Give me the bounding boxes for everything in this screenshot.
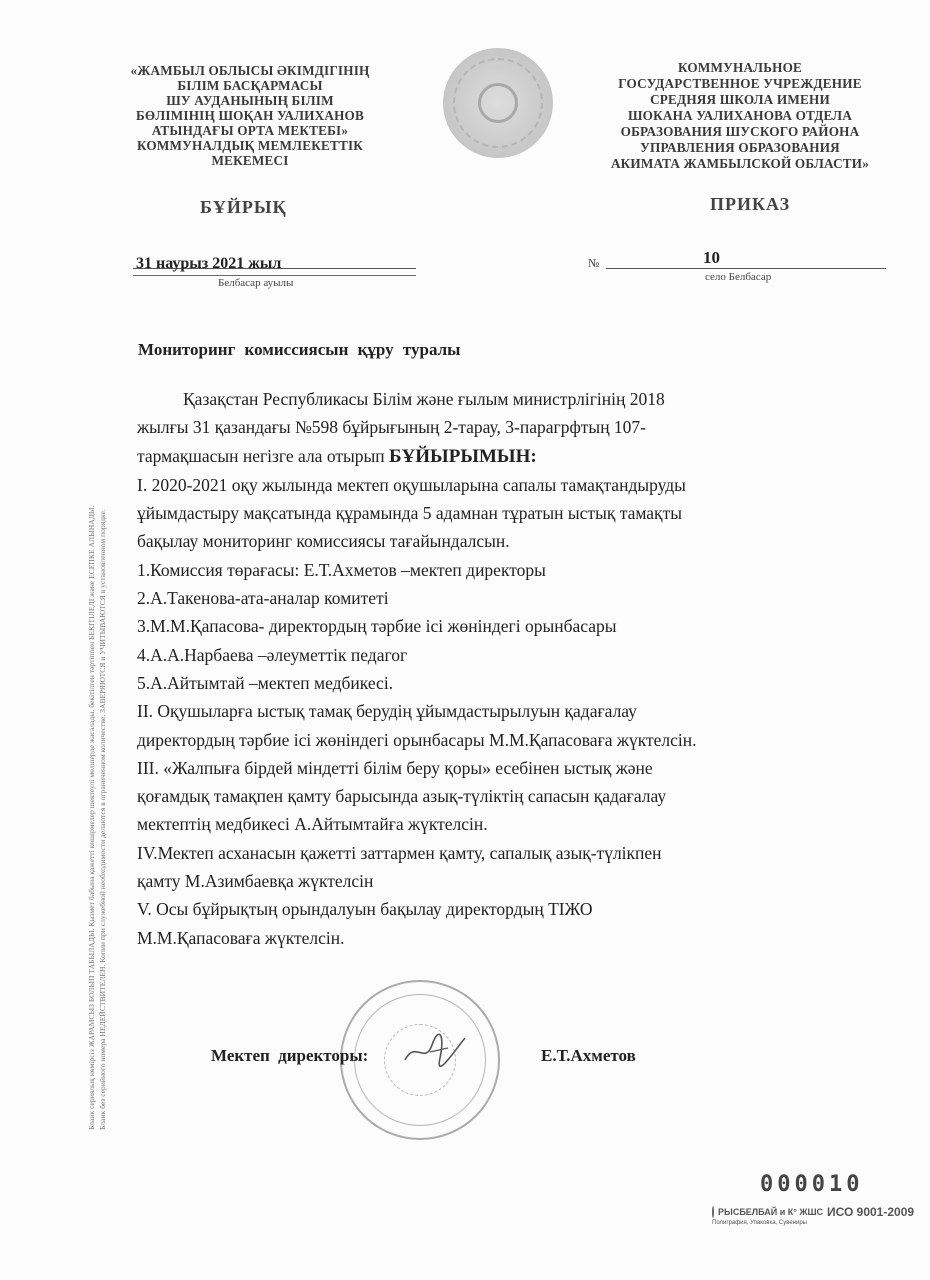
- printer-logo-icon: [712, 1206, 714, 1218]
- signatory-title: Мектеп директоры:: [211, 1046, 368, 1066]
- village-kk: Белбасар ауылы: [218, 277, 293, 289]
- side-security-note: Бланк сериялық нөмірсіз ЖАРАМСЫЗ БОЛЫП Т…: [86, 506, 108, 1130]
- village-ru: село Белбасар: [705, 271, 771, 283]
- document-page: Бланк сериялық нөмірсіз ЖАРАМСЫЗ БОЛЫП Т…: [0, 0, 930, 1280]
- intro-line: жылғы 31 қазандағы №598 бұйрығының 2-тар…: [137, 413, 842, 441]
- signatory-name: Е.Т.Ахметов: [541, 1046, 636, 1066]
- handwritten-signature-icon: [400, 1030, 470, 1070]
- section-3-line: III. «Жалпыға бірдей міндетті білім беру…: [137, 754, 842, 782]
- order-body: Қазақстан Республикасы Білім және ғылым …: [137, 385, 842, 952]
- side-note-line-kk: Бланк сериялық нөмірсіз ЖАРАМСЫЗ БОЛЫП Т…: [86, 506, 97, 1130]
- header-line: АКИМАТА ЖАМБЫЛСКОЙ ОБЛАСТИ»: [590, 156, 890, 172]
- order-number-field: № 10: [588, 250, 886, 270]
- printer-subtitle: Полиграфия, Упаковка, Сувениры: [712, 1220, 912, 1226]
- section-1-line: бақылау мониторинг комиссиясы тағайындал…: [137, 527, 842, 555]
- intro-line: тармақшасын негізге ала отырып: [137, 446, 389, 466]
- member-item: 1.Комиссия төрағасы: Е.Т.Ахметов –мектеп…: [137, 556, 842, 584]
- header-line: БІЛІМ БАСҚАРМАСЫ: [105, 78, 395, 93]
- header-line: ШОКАНА УАЛИХАНОВА ОТДЕЛА: [590, 108, 890, 124]
- member-item: 5.А.Айтымтай –мектеп медбикесі.: [137, 669, 842, 697]
- section-2-line: II. Оқушыларға ыстық тамақ берудің ұйымд…: [137, 697, 842, 725]
- printer-main-line: РЫСБЕЛБАЙ и К° ЖШС ИСО 9001-2009: [712, 1205, 912, 1219]
- intro-line-final: тармақшасын негізге ала отырып БҰЙЫРЫМЫН…: [137, 442, 842, 471]
- header-line: АТЫНДАҒЫ ОРТА МЕКТЕБІ»: [105, 123, 395, 138]
- kazakhstan-emblem-icon: [443, 48, 553, 158]
- section-1-line: I. 2020-2021 оқу жылында мектеп оқушылар…: [137, 471, 842, 499]
- section-4-line: IV.Мектеп асханасын қажетті заттармен қа…: [137, 839, 842, 867]
- header-line: ШУ АУДАНЫНЫҢ БІЛІМ: [105, 93, 395, 108]
- member-item: 2.А.Такенова-ата-аналар комитеті: [137, 584, 842, 612]
- section-5-line: V. Осы бұйрықтың орындалуын бақылау дире…: [137, 895, 842, 923]
- order-subject: Мониторинг комиссиясын құру туралы: [138, 340, 460, 360]
- header-line: КОММУНАЛДЫҚ МЕМЛЕКЕТТІК: [105, 138, 395, 153]
- side-note-line-ru: Бланк без серийного номера НЕДЕЙСТВИТЕЛЕ…: [97, 506, 108, 1130]
- member-item: 4.А.А.Нарбаева –әлеуметтік педагог: [137, 641, 842, 669]
- printer-iso: ИСО 9001-2009: [827, 1205, 914, 1219]
- header-line: БӨЛІМІНІҢ ШОҚАН УАЛИХАНОВ: [105, 108, 395, 123]
- section-4-line: қамту М.Азимбаевқа жүктелсін: [137, 867, 842, 895]
- form-serial-number: 000010: [760, 1172, 863, 1197]
- order-title-kk: БҰЙРЫҚ: [200, 197, 287, 218]
- intro-line: Қазақстан Республикасы Білім және ғылым …: [137, 385, 842, 413]
- date-field: 31 наурыз 2021 жыл: [133, 257, 416, 276]
- order-date: 31 наурыз 2021 жыл: [136, 255, 281, 273]
- header-line: «ЖАМБЫЛ ОБЛЫСЫ ӘКІМДІГІНІҢ: [105, 63, 395, 78]
- order-word: БҰЙЫРЫМЫН:: [389, 446, 537, 467]
- order-number: 10: [703, 248, 720, 268]
- number-underline: [606, 268, 886, 269]
- header-line: КОММУНАЛЬНОЕ: [590, 60, 890, 76]
- member-item: 3.М.М.Қапасова- директордың тәрбие ісі ж…: [137, 612, 842, 640]
- header-line: ГОСУДАРСТВЕННОЕ УЧРЕЖДЕНИЕ: [590, 76, 890, 92]
- section-3-line: мектептің медбикесі А.Айтымтайға жүктелс…: [137, 810, 842, 838]
- printer-name: РЫСБЕЛБАЙ и К° ЖШС: [718, 1207, 823, 1217]
- header-institution-ru: КОММУНАЛЬНОЕ ГОСУДАРСТВЕННОЕ УЧРЕЖДЕНИЕ …: [590, 60, 890, 172]
- section-3-line: қоғамдық тамақпен қамту барысында азық-т…: [137, 782, 842, 810]
- header-line: МЕКЕМЕСІ: [105, 153, 395, 168]
- printer-imprint: РЫСБЕЛБАЙ и К° ЖШС ИСО 9001-2009 Полигра…: [712, 1205, 912, 1226]
- header-line: УПРАВЛЕНИЯ ОБРАЗОВАНИЯ: [590, 140, 890, 156]
- section-5-line: М.М.Қапасоваға жүктелсін.: [137, 924, 842, 952]
- order-title-ru: ПРИКАЗ: [710, 194, 790, 215]
- section-1-line: ұйымдастыру мақсатында құрамында 5 адамн…: [137, 499, 842, 527]
- header-institution-kk: «ЖАМБЫЛ ОБЛЫСЫ ӘКІМДІГІНІҢ БІЛІМ БАСҚАРМ…: [105, 63, 395, 168]
- section-2-line: директордың тәрбие ісі жөніндегі орынбас…: [137, 726, 842, 754]
- header-line: ОБРАЗОВАНИЯ ШУСКОГО РАЙОНА: [590, 124, 890, 140]
- header-line: СРЕДНЯЯ ШКОЛА ИМЕНИ: [590, 92, 890, 108]
- number-sign: №: [588, 256, 599, 271]
